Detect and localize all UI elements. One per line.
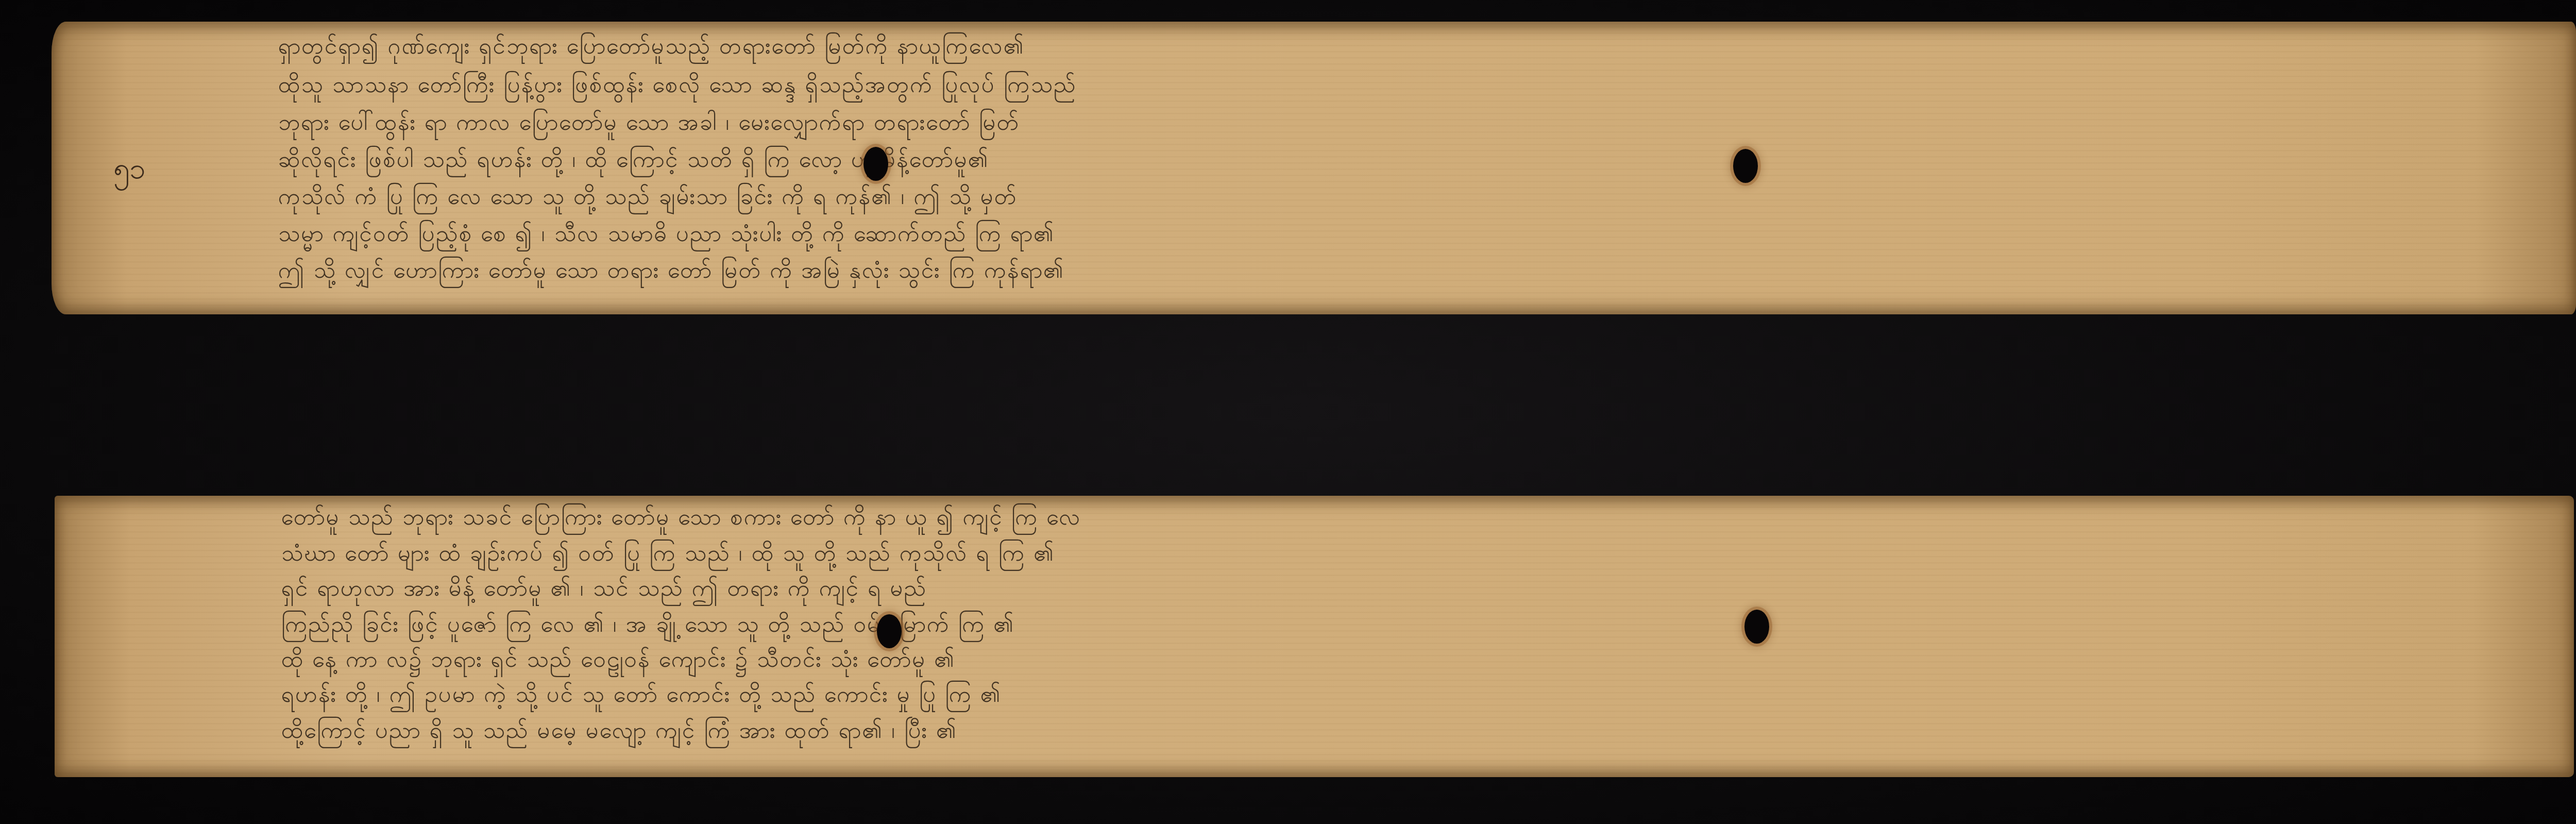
text-line: ထို နေ့ ကာ လ၌ ဘုရား ရှင် သည် ဝေဠုဝန် ကျေ… [281,645,2084,678]
palm-leaf-top: ၅၁ ရှာတွင်ရှာ၍ ဂုဏ်ကျေး ရှင်ဘုရား ပြောတေ… [52,22,2576,314]
text-line: ရဟန်း တို့ ၊ ဤ ဥပမာ ကဲ့ သို့ ပင် သူ တော်… [281,680,2084,713]
text-line: ဤ သို့ လျှင် ဟောကြား တော်မူ သော တရား တော… [278,256,2081,289]
folio-mark: ၅၁ [113,150,146,193]
text-line: ဘုရား ပေါ်ထွန်း ရာ ကာလ ပြောတော်မူ သော အခ… [278,108,2081,141]
text-line: တော်မူ သည် ဘုရား သခင် ပြောကြား တော်မူ သေ… [281,503,2084,536]
text-line: ကြည်ညို ခြင်း ဖြင့် ပူဇော် ကြ လေ ၏ ၊ အ ခ… [281,610,2084,643]
palm-leaf-bottom: တော်မူ သည် ဘုရား သခင် ပြောကြား တော်မူ သေ… [55,496,2574,777]
text-line: သမ္မာ ကျင့်ဝတ် ပြည့်စုံ စေ ၍ ၊ သီလ သမာဓိ… [278,220,2081,253]
string-hole [1733,149,1758,183]
text-line: ရှင် ရာဟုလာ အား မိန့် တော်မူ ၏ ၊ သင် သည်… [281,574,2084,607]
text-line: ထို့ကြောင့် ပညာ ရှိ သူ သည် မမေ့ မလျော့ က… [281,716,2084,749]
text-line: ရှာတွင်ရှာ၍ ဂုဏ်ကျေး ရှင်ဘုရား ပြောတော်မ… [278,32,2081,65]
string-hole [1744,610,1769,644]
string-hole [863,147,888,181]
text-line: ဆိုလိုရင်း ဖြစ်ပါ သည် ရဟန်း တို့ ၊ ထို က… [278,145,2081,178]
text-line: သံဃာ တော် များ ထံ ချဉ်းကပ် ၍ ဝတ် ပြု ကြ … [281,539,2084,572]
text-line: ကုသိုလ် ကံ ပြု ကြ လေ သော သူ တို့ သည် ချမ… [278,182,2081,215]
text-line: ထိုသူ သာသနာ တော်ကြီး ပြန့်ပွား ဖြစ်ထွန်း… [278,71,2081,104]
string-hole [877,614,902,648]
